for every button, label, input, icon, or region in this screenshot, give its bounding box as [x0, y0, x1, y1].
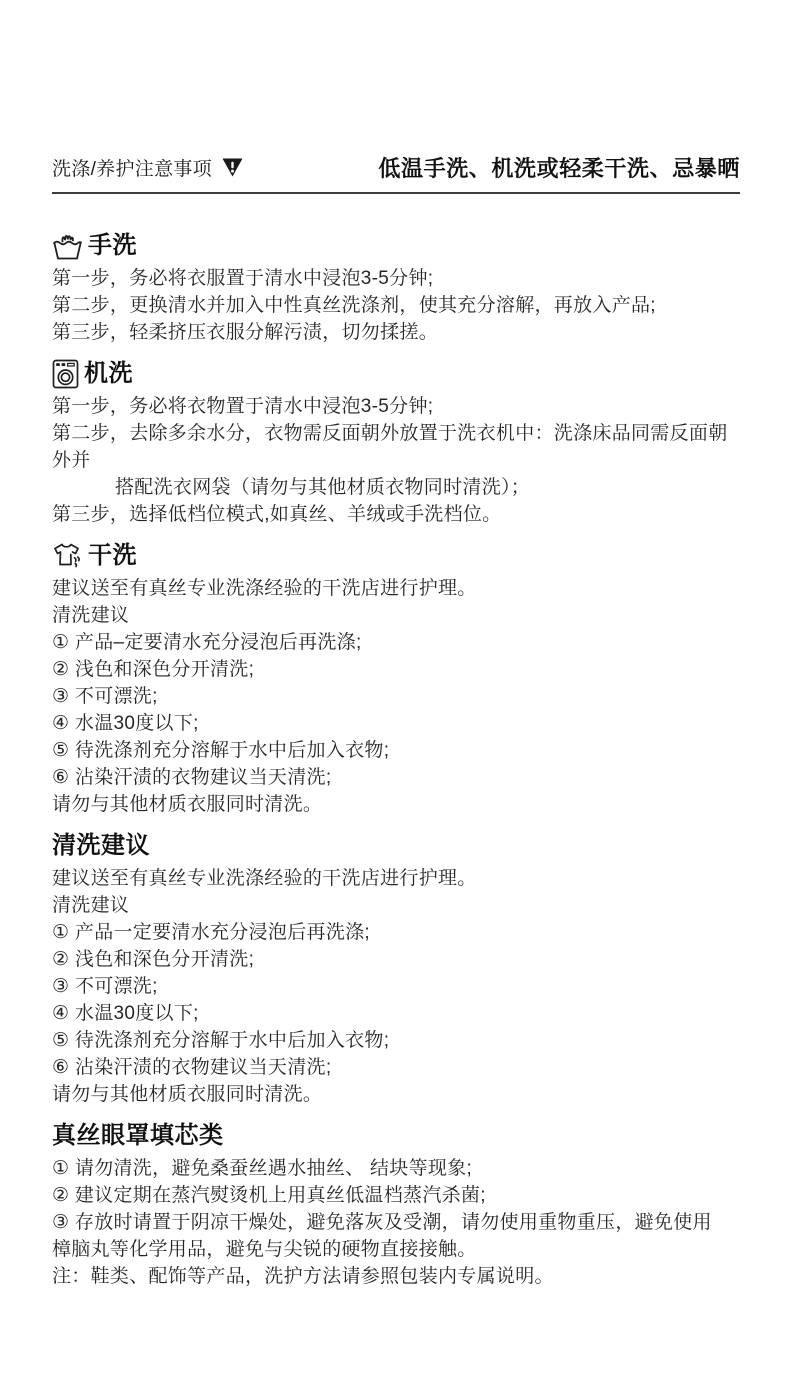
- eyemask-item-1: ① 请勿清洗，避免桑蚕丝遇水抽丝、 结块等现象;: [52, 1155, 740, 1182]
- suggestions-item-5: ⑤ 待洗涤剂充分溶解于水中后加入衣物;: [52, 1027, 740, 1054]
- eyemask-item-2: ② 建议定期在蒸汽熨烫机上用真丝低温档蒸汽杀菌;: [52, 1182, 740, 1209]
- suggestions-intro: 建议送至有真丝专业洗涤经验的干洗店进行护理。: [52, 865, 740, 892]
- header-divider: [52, 192, 740, 194]
- section-title: 手洗: [88, 231, 137, 261]
- eyemask-item-3: ③ 存放时请置于阴凉干燥处，避免落灰及受潮，请勿使用重物重压，避免使用: [52, 1209, 740, 1236]
- section-hand-wash: 手洗 第一步，务必将衣服置于清水中浸泡3-5分钟; 第二步，更换清水并加入中性真…: [52, 231, 740, 346]
- handwash-step-2: 第二步，更换清水并加入中性真丝洗涤剂，使其充分溶解，再放入产品;: [52, 292, 740, 319]
- suggestions-note: 请勿与其他材质衣服同时清洗。: [52, 1081, 740, 1108]
- section-hand-wash-heading: 手洗: [52, 231, 740, 261]
- section-silk-eyemask-heading: 真丝眼罩填芯类: [52, 1121, 740, 1151]
- machine-step-2-continued: 搭配洗衣网袋（请勿与其他材质衣物同时清洗）；: [52, 474, 740, 501]
- dry-clean-item-4: ④ 水温30度以下;: [52, 710, 740, 737]
- section-dry-clean: 干洗 建议送至有真丝专业洗涤经验的干洗店进行护理。 清洗建议 ① 产品–定要清水…: [52, 541, 740, 818]
- header-right-title: 低温手洗、机洗或轻柔干洗、忌暴晒: [378, 152, 740, 183]
- header-left: 洗涤/养护注意事项: [52, 154, 243, 181]
- section-silk-eyemask-filling: 真丝眼罩填芯类 ① 请勿清洗，避免桑蚕丝遇水抽丝、 结块等现象; ② 建议定期在…: [52, 1121, 740, 1290]
- handwash-step-1: 第一步，务必将衣服置于清水中浸泡3-5分钟;: [52, 265, 740, 292]
- dry-clean-intro: 建议送至有真丝专业洗涤经验的干洗店进行护理。: [52, 575, 740, 602]
- section-machine-wash-heading: 机洗: [52, 359, 740, 389]
- machine-step-1: 第一步，务必将衣物置于清水中浸泡3-5分钟;: [52, 393, 740, 420]
- care-instructions-page: 洗涤/养护注意事项 低温手洗、机洗或轻柔干洗、忌暴晒: [0, 0, 790, 1290]
- suggestions-item-1: ① 产品一定要清水充分浸泡后再洗涤;: [52, 919, 740, 946]
- machine-step-2: 第二步，去除多余水分，衣物需反面朝外放置于洗衣机中：洗涤床品同需反面朝外并: [52, 420, 740, 474]
- washing-machine-icon: [52, 359, 79, 389]
- dry-clean-item-5: ⑤ 待洗涤剂充分溶解于水中后加入衣物;: [52, 737, 740, 764]
- section-title: 干洗: [88, 541, 137, 571]
- suggestions-subtitle: 清洗建议: [52, 892, 740, 919]
- machine-step-3: 第三步，选择低档位模式,如真丝、羊绒或手洗档位。: [52, 501, 740, 528]
- section-machine-wash: 机洗 第一步，务必将衣物置于清水中浸泡3-5分钟; 第二步，去除多余水分，衣物需…: [52, 359, 740, 528]
- suggestions-item-6: ⑥ 沾染汗渍的衣物建议当天清洗;: [52, 1054, 740, 1081]
- section-title: 真丝眼罩填芯类: [52, 1121, 224, 1151]
- handwash-step-3: 第三步，轻柔挤压衣服分解污渍，切勿揉搓。: [52, 319, 740, 346]
- garment-icon: [52, 542, 83, 570]
- handwash-icon: [52, 232, 83, 260]
- eyemask-footnote: 注：鞋类、配饰等产品，洗护方法请参照包装内专属说明。: [52, 1263, 740, 1290]
- page-header: 洗涤/养护注意事项 低温手洗、机洗或轻柔干洗、忌暴晒: [52, 150, 740, 184]
- section-cleaning-suggestions: 清洗建议 建议送至有真丝专业洗涤经验的干洗店进行护理。 清洗建议 ① 产品一定要…: [52, 831, 740, 1108]
- section-dry-clean-heading: 干洗: [52, 541, 740, 571]
- header-left-title: 洗涤/养护注意事项: [52, 154, 212, 181]
- eyemask-item-3-continued: 樟脑丸等化学用品，避免与尖锐的硬物直接接触。: [52, 1236, 740, 1263]
- suggestions-item-2: ② 浅色和深色分开清洗;: [52, 946, 740, 973]
- section-title: 机洗: [84, 359, 133, 389]
- suggestions-item-3: ③ 不可漂洗;: [52, 973, 740, 1000]
- suggestions-item-4: ④ 水温30度以下;: [52, 1000, 740, 1027]
- dry-clean-item-1: ① 产品–定要清水充分浸泡后再洗涤;: [52, 629, 740, 656]
- warning-icon: [222, 158, 243, 177]
- dry-clean-subtitle: 清洗建议: [52, 602, 740, 629]
- section-cleaning-suggestions-heading: 清洗建议: [52, 831, 740, 861]
- dry-clean-item-3: ③ 不可漂洗;: [52, 683, 740, 710]
- dry-clean-item-6: ⑥ 沾染汗渍的衣物建议当天清洗;: [52, 764, 740, 791]
- section-title: 清洗建议: [52, 831, 150, 861]
- dry-clean-item-2: ② 浅色和深色分开清洗;: [52, 656, 740, 683]
- dry-clean-note: 请勿与其他材质衣服同时清洗。: [52, 791, 740, 818]
